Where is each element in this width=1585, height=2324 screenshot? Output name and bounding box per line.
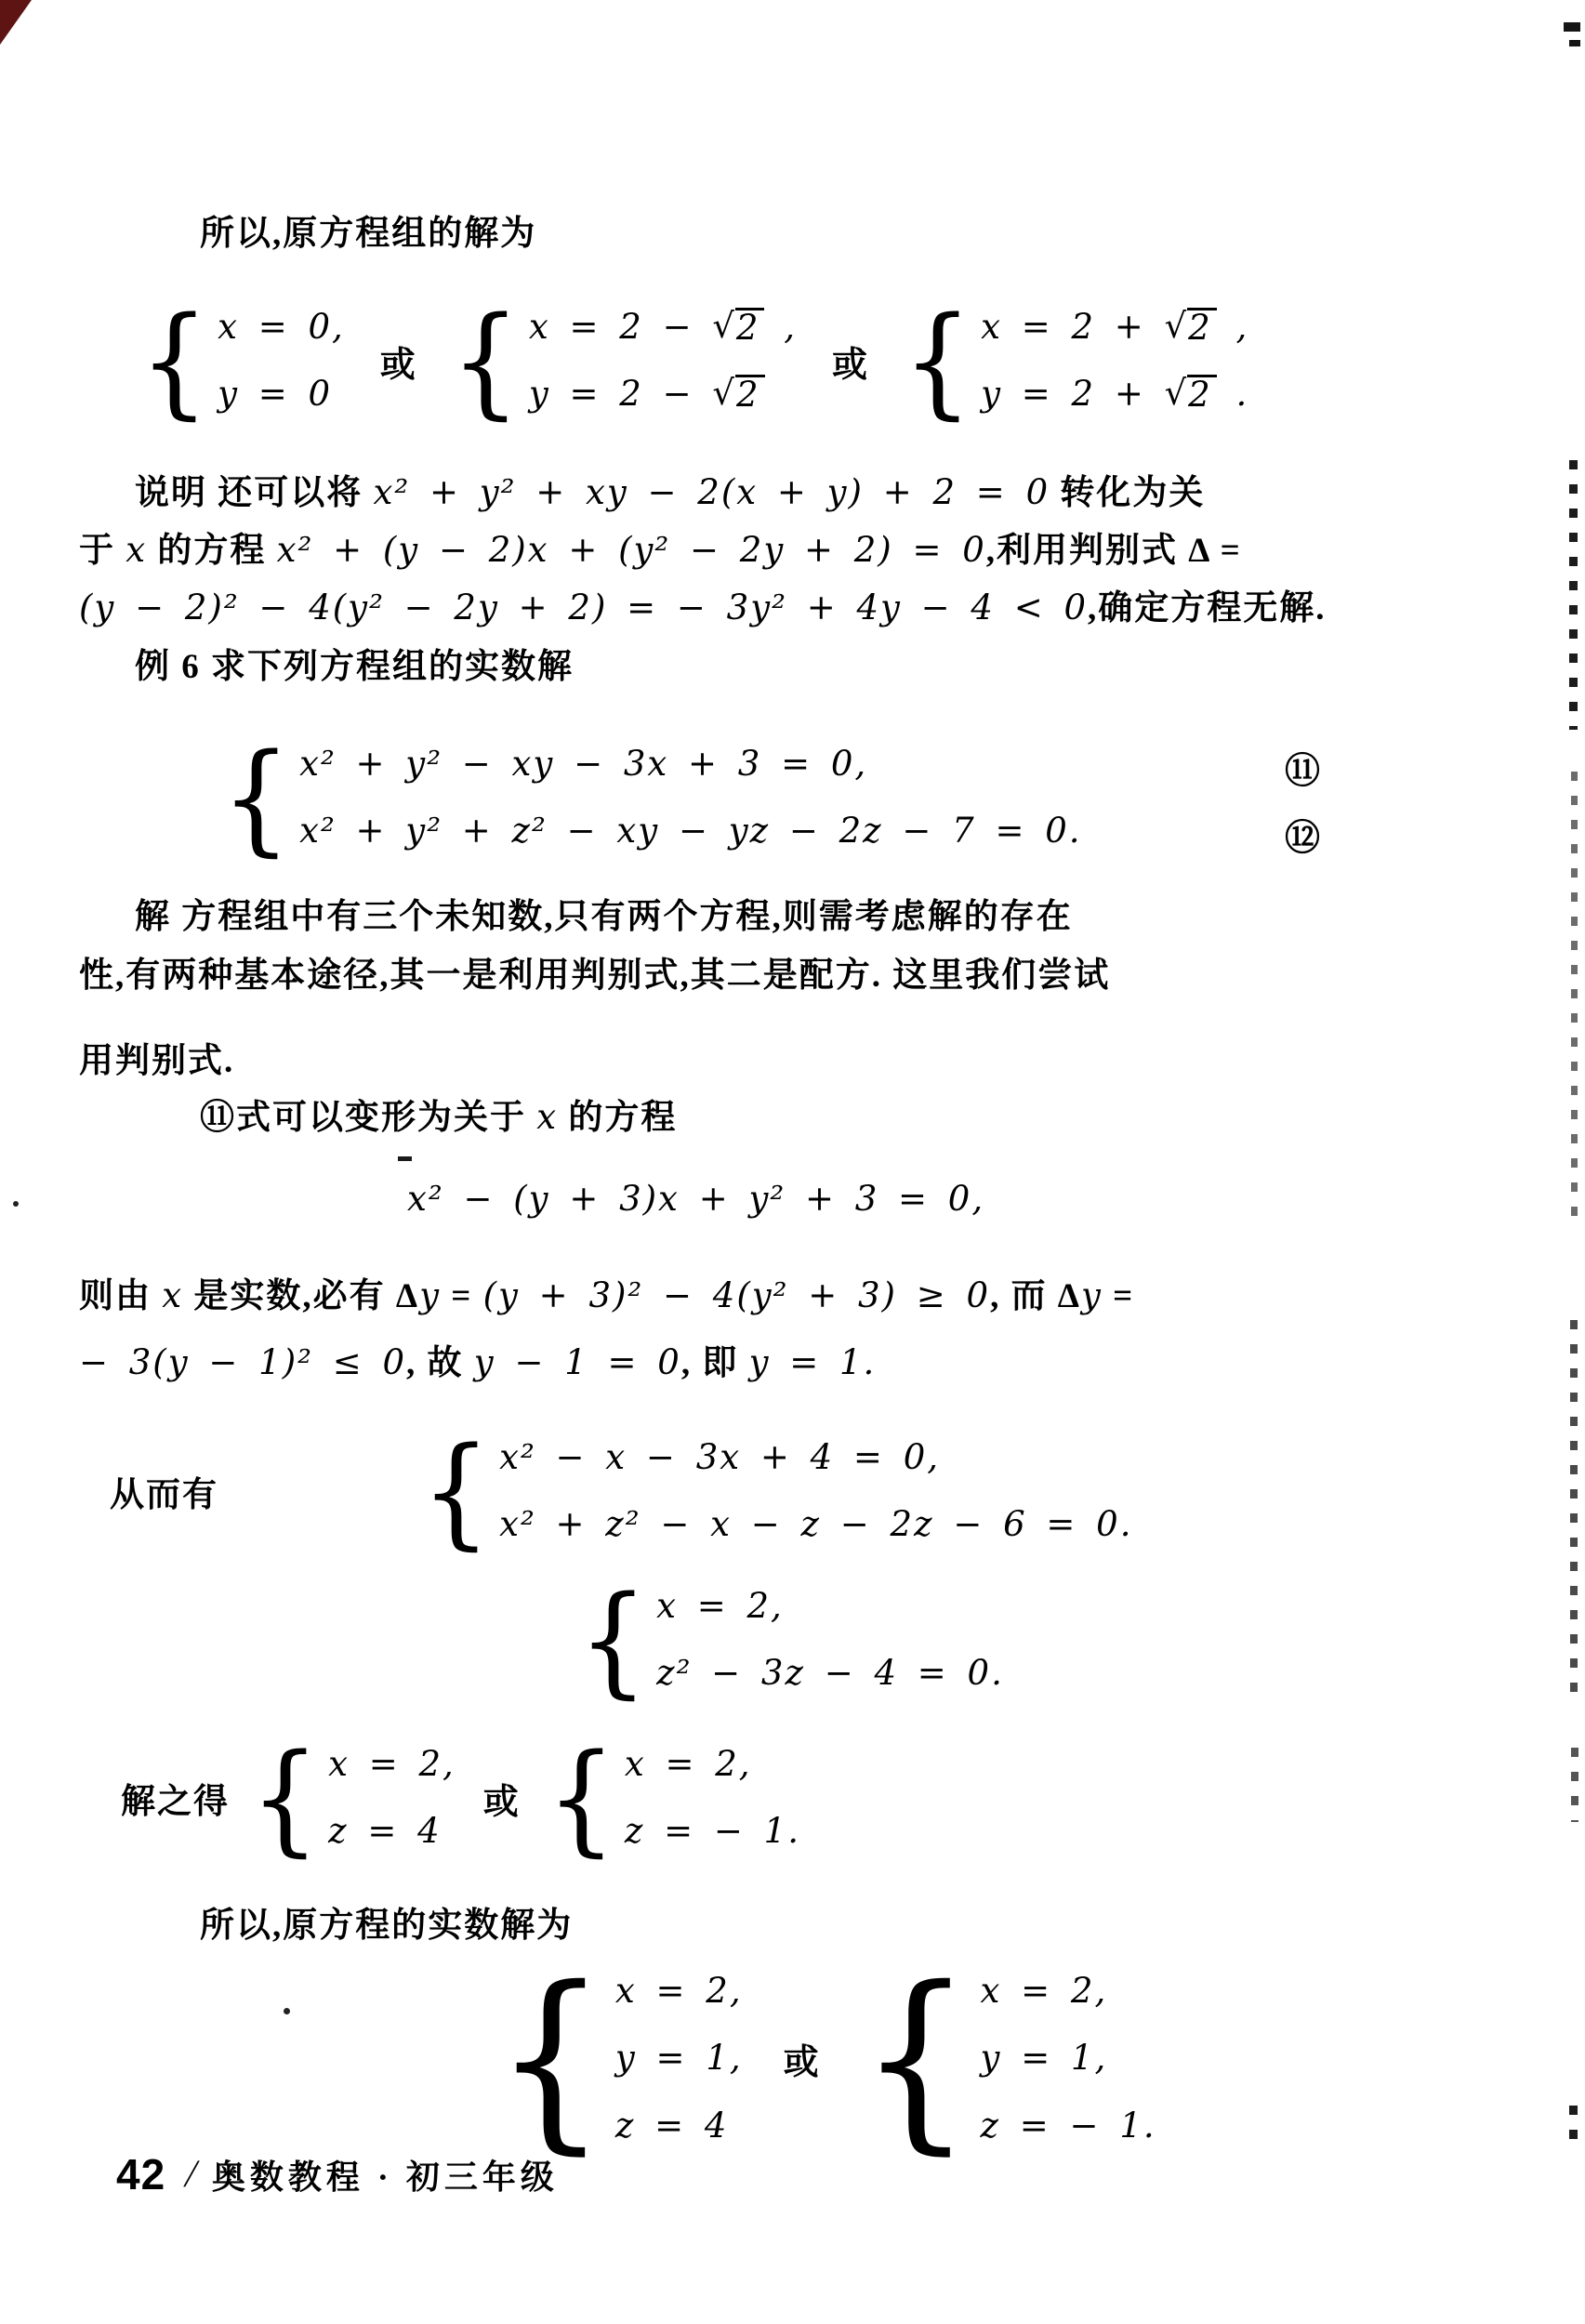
note-line-2: 于 x 的方程 x² + (y − 2)x + (y² − 2y + 2) = … — [79, 530, 1242, 572]
or-connector: 或 — [832, 336, 867, 387]
left-brace: { — [860, 1979, 972, 2138]
equation-system-substituted: { x² − x − 3x + 4 = 0, x² + z² − x − z −… — [421, 1424, 1133, 1559]
equation-system-z4: { x = 2, z = 4 — [250, 1731, 456, 1866]
book-title: 奥数教程 · 初三年级 — [212, 2151, 559, 2199]
left-brace: { — [221, 748, 291, 847]
solution-line-1: 解 方程组中有三个未知数,只有两个方程,则需考虑解的存在 — [135, 897, 1073, 938]
reduced-system-row: { x = 2, z² − 3z − 4 = 0. — [578, 1573, 1004, 1708]
equation-line: x² + z² − x − z − 2z − 6 = 0. — [499, 1504, 1132, 1545]
final-systems-row: { x = 2, y = 1, z = 4 或 { x = 2, y = 1, … — [495, 1958, 1156, 2159]
transform-line: ⑪式可以变形为关于 x 的方程 — [200, 1097, 677, 1139]
paragraph-solution-intro: 所以,原方程组的解为 — [200, 214, 536, 255]
equation-system-final-1: { x = 2, y = 1, z = 4 — [495, 1958, 743, 2159]
equation-line: y = 2 + √2 . — [981, 374, 1248, 415]
solution-line-2: 性,有两种基本途径,其一是利用判别式,其二是配方. 这里我们尝试 — [79, 956, 1110, 997]
sqrt-icon: √ — [712, 373, 736, 414]
discriminant-line-2: − 3(y − 1)² ≤ 0, 故 y − 1 = 0, 即 y = 1. — [79, 1342, 876, 1384]
or-connector: 或 — [483, 1773, 519, 1824]
note-line-3: (y − 2)² − 4(y² − 2y + 2) = − 3y² + 4y −… — [79, 588, 1327, 629]
equation-12: x² + y² + z² − xy − yz − 2z − 7 = 0. — [299, 811, 1081, 852]
scan-speck — [398, 1156, 412, 1161]
equation-line: x = 0, — [218, 307, 345, 348]
centered-equation: x² − (y + 3)x + y² + 3 = 0, — [407, 1179, 984, 1220]
scan-artifact — [1569, 40, 1580, 46]
scan-speck — [284, 2008, 290, 2014]
therefore-system-row: 从而有 { x² − x − 3x + 4 = 0, x² + z² − x −… — [110, 1424, 1133, 1559]
equation-system-z-neg1: { x = 2, z = − 1. — [547, 1731, 800, 1866]
equation-label-11: ⑪ — [1285, 742, 1320, 793]
equation-line: z = − 1. — [981, 2106, 1156, 2146]
scan-edge-artifact — [1569, 2106, 1578, 2152]
equation-line: y = 1, — [615, 2038, 743, 2079]
equation-line: x = 2, — [615, 1971, 743, 2012]
equation-line: y = 2 − √2 — [529, 374, 797, 415]
equation-line: x² − x − 3x + 4 = 0, — [499, 1437, 1132, 1478]
footer-separator: / — [181, 2152, 202, 2197]
left-brace: { — [903, 311, 972, 410]
equation-line: x = 2, — [328, 1744, 456, 1785]
left-brace: { — [547, 1749, 616, 1847]
or-connector: 或 — [380, 336, 416, 387]
solve-result-row: 解之得 { x = 2, z = 4 或 { x = 2, z = − 1. — [121, 1731, 800, 1866]
equation-line: y = 0 — [218, 374, 345, 415]
scan-artifact — [1564, 22, 1580, 32]
sqrt-icon: √ — [1165, 306, 1189, 347]
left-brace: { — [451, 311, 521, 410]
equation-line: z² − 3z − 4 = 0. — [656, 1653, 1004, 1694]
page-number: 42 — [116, 2149, 165, 2199]
discriminant-line-1: 则由 x 是实数,必有 Δy = (y + 3)² − 4(y² + 3) ≥ … — [79, 1275, 1134, 1317]
scan-speck — [13, 1201, 19, 1207]
equation-line: z = 4 — [328, 1811, 456, 1852]
equation-system-11-12: { x² + y² − xy − 3x + 3 = 0, x² + y² + z… — [221, 731, 1082, 865]
equation-system-minus-sqrt2: { x = 2 − √2 , y = 2 − √2 — [451, 294, 797, 429]
page-footer: 42 / 奥数教程 · 初三年级 — [116, 2149, 559, 2199]
equation-line: z = 4 — [615, 2106, 743, 2146]
sqrt-icon: √ — [712, 306, 736, 347]
solution-line-3: 用判别式. — [79, 1041, 234, 1082]
or-connector: 或 — [784, 2033, 819, 2084]
left-brace: { — [139, 311, 209, 410]
equation-system-reduced: { x = 2, z² − 3z − 4 = 0. — [578, 1573, 1004, 1708]
equation-line: z = − 1. — [625, 1811, 800, 1852]
solution-systems-row: { x = 0, y = 0 或 { x = 2 − √2 , y = 2 − … — [139, 294, 1248, 429]
equation-line: y = 1, — [981, 2038, 1156, 2079]
left-brace: { — [578, 1591, 648, 1689]
equation-label-12: ⑫ — [1285, 809, 1320, 860]
scan-edge-artifact — [1571, 772, 1578, 1227]
equation-line: x = 2 + √2 , — [981, 307, 1248, 348]
example-6-heading: 例 6 求下列方程组的实数解 — [135, 647, 574, 688]
note-line-1: 说明 还可以将 x² + y² + xy − 2(x + y) + 2 = 0 … — [135, 472, 1205, 514]
equation-line: x = 2, — [981, 1971, 1156, 2012]
paragraph-final-intro: 所以,原方程的实数解为 — [200, 1906, 573, 1947]
equation-line: x = 2, — [625, 1744, 800, 1785]
left-brace: { — [250, 1749, 320, 1847]
solve-label: 解之得 — [121, 1773, 230, 1823]
left-brace: { — [495, 1979, 607, 2138]
scan-corner-artifact — [0, 0, 32, 45]
scan-edge-artifact — [1571, 1748, 1578, 1822]
sqrt-icon: √ — [1165, 373, 1189, 414]
left-brace: { — [421, 1442, 491, 1540]
equation-system-final-2: { x = 2, y = 1, z = − 1. — [860, 1958, 1156, 2159]
equation-system-plus-sqrt2: { x = 2 + √2 , y = 2 + √2 . — [903, 294, 1248, 429]
equation-line: x = 2, — [656, 1586, 1004, 1627]
scan-edge-artifact — [1569, 460, 1578, 730]
therefore-label: 从而有 — [110, 1466, 218, 1516]
equation-line: x = 2 − √2 , — [529, 307, 797, 348]
scan-edge-artifact — [1570, 1320, 1578, 1692]
book-page: 所以,原方程组的解为 { x = 0, y = 0 或 { x = 2 − √2… — [0, 0, 1585, 2324]
equation-11: x² + y² − xy − 3x + 3 = 0, — [299, 744, 1081, 785]
equation-system-zero: { x = 0, y = 0 — [139, 294, 345, 429]
